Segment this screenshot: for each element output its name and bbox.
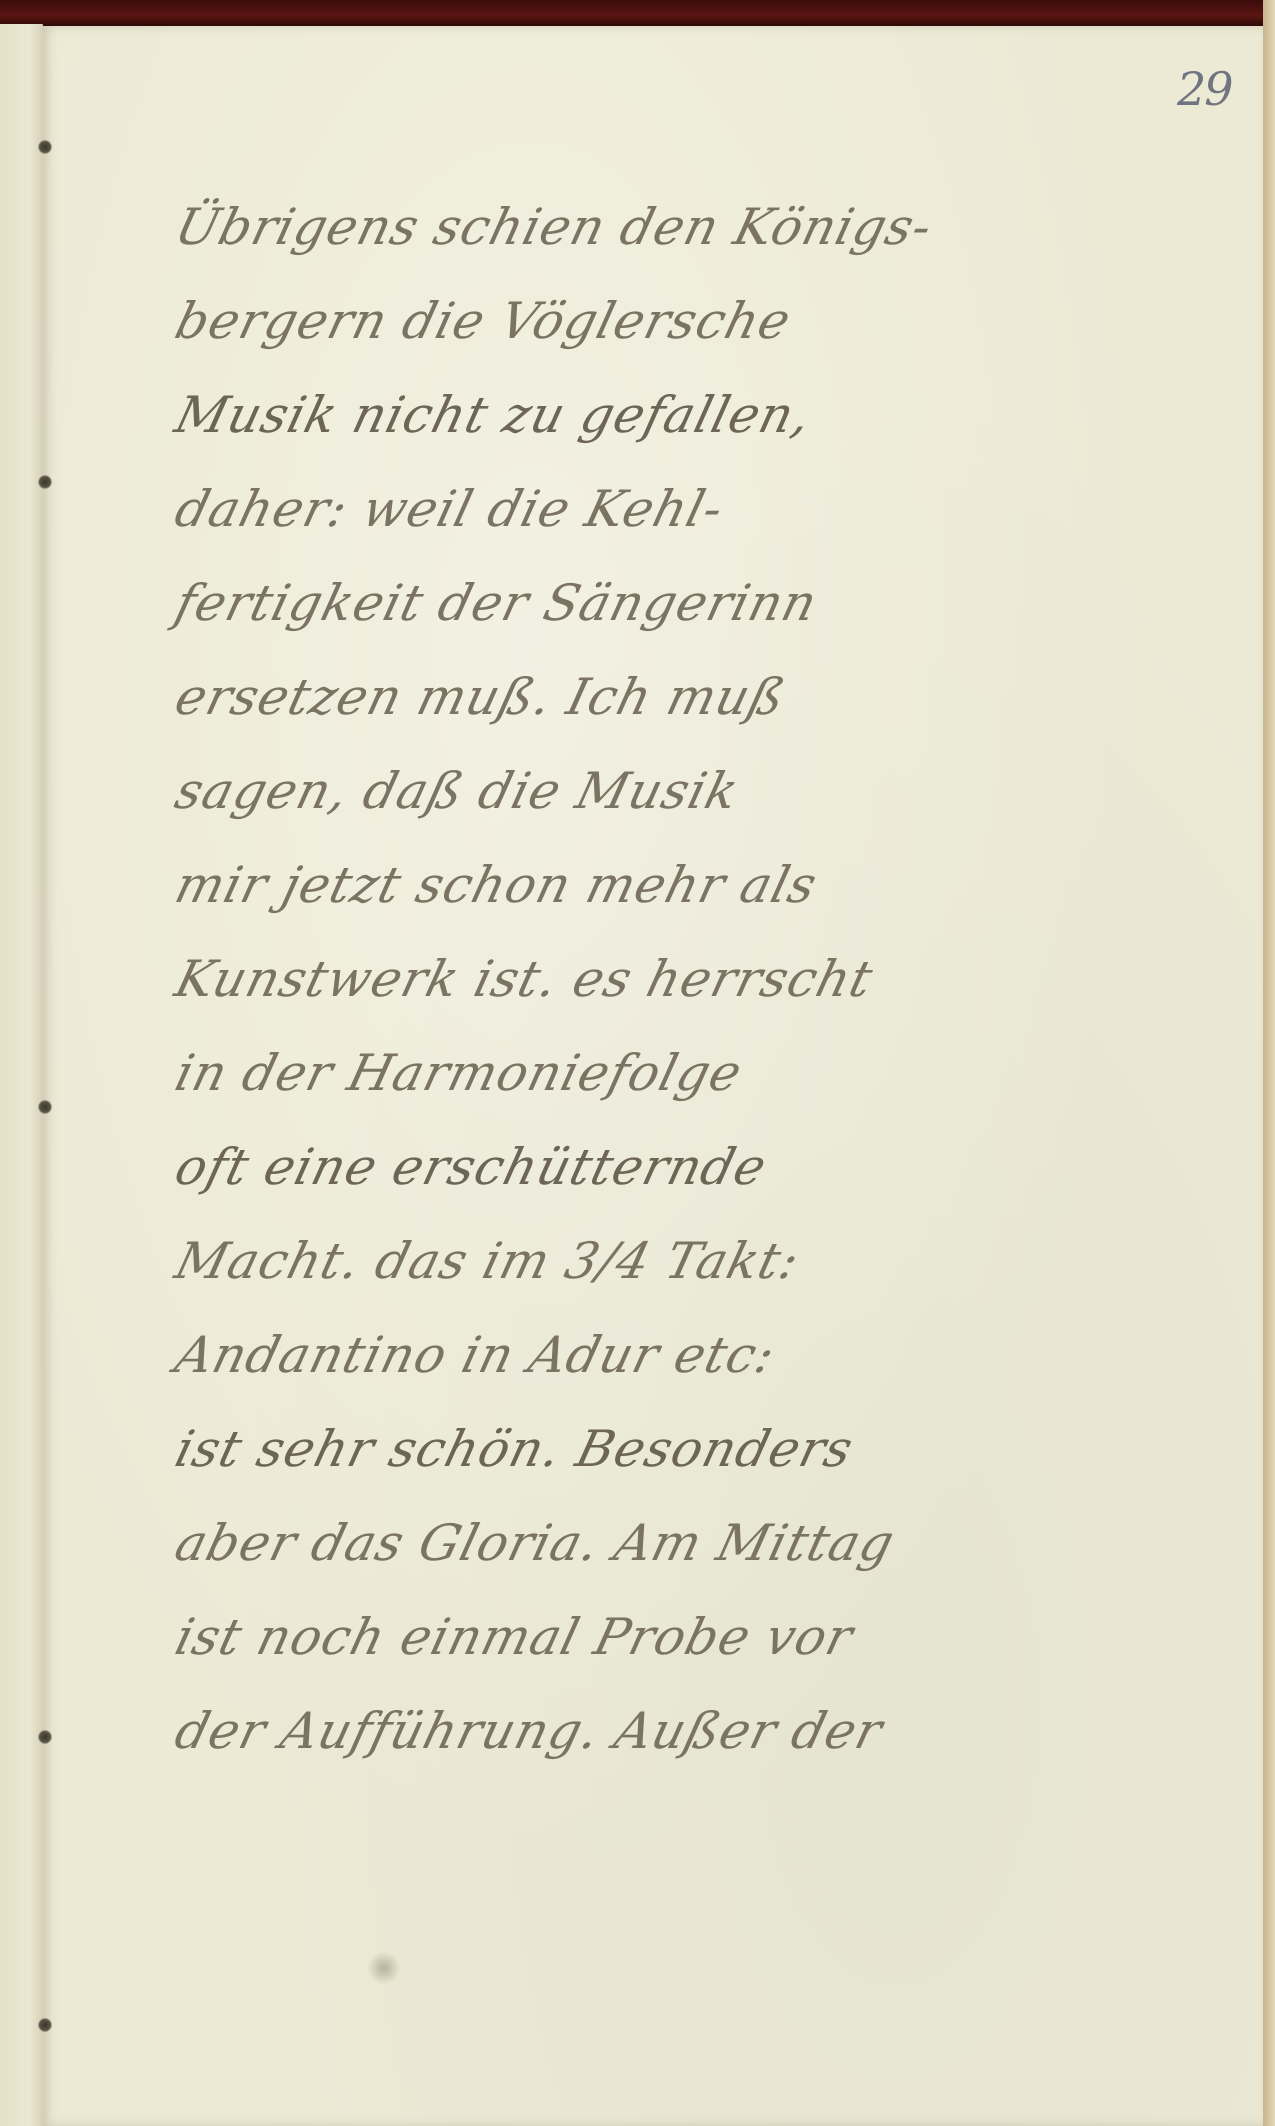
text-line: aber das Gloria. Am Mittag <box>165 1496 1088 1590</box>
text-line: Übrigens schien den Königs- <box>165 180 1088 274</box>
binding-hole <box>38 2018 52 2032</box>
text-line: ersetzen muß. Ich muß <box>165 650 1088 744</box>
text-line: mir jetzt schon mehr als <box>165 838 1088 932</box>
text-line: bergern die Vöglersche <box>165 274 1088 368</box>
book-top-edge <box>0 0 1275 26</box>
text-line: Macht. das im 3/4 Takt: <box>165 1214 1088 1308</box>
text-line: Musik nicht zu gefallen, <box>165 368 1088 462</box>
binding-hole <box>38 1730 52 1744</box>
binding-hole <box>38 1100 52 1114</box>
binding-hole <box>38 140 52 154</box>
handwritten-text: Übrigens schien den Königs- bergern die … <box>165 180 1065 1778</box>
text-line: daher: weil die Kehl- <box>165 462 1088 556</box>
text-line: oft eine erschütternde <box>165 1120 1088 1214</box>
page-number: 29 <box>1177 62 1232 116</box>
text-line: in der Harmoniefolge <box>165 1026 1088 1120</box>
text-line: ist sehr schön. Besonders <box>165 1402 1088 1496</box>
text-line: Andantino in Adur etc: <box>165 1308 1088 1402</box>
text-line: fertigkeit der Sängerinn <box>165 556 1088 650</box>
next-page-edge <box>1263 0 1275 2126</box>
text-line: Kunstwerk ist. es herrscht <box>165 932 1088 1026</box>
text-line: ist noch einmal Probe vor <box>165 1590 1088 1684</box>
binding-hole <box>38 475 52 489</box>
text-line: sagen, daß die Musik <box>165 744 1088 838</box>
text-line: der Aufführung. Außer der <box>165 1684 1088 1778</box>
previous-page-edge <box>0 24 43 2126</box>
paper-stain <box>367 1951 401 1985</box>
